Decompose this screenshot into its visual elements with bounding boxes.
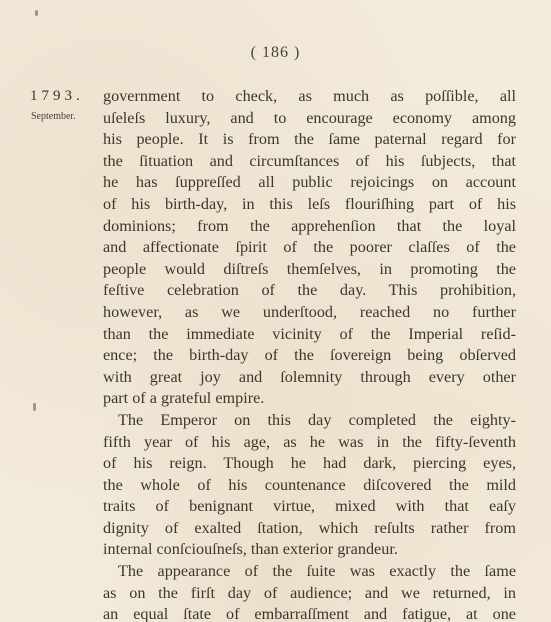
text-line: his people. It is from the ſame paternal… <box>103 129 516 151</box>
text-line: as on the firſt day of audience; and we … <box>103 583 516 605</box>
text-line: fifth year of his age, as he was in the … <box>103 432 516 454</box>
text-line: feſtive celebration of the day. This pro… <box>103 280 516 302</box>
text-line: dominions; from the apprehenſion that th… <box>103 216 516 238</box>
text-line: The appearance of the ſuite was exactly … <box>103 561 516 583</box>
text-line: of his reign. Though he had dark, pierci… <box>103 453 516 475</box>
body-text: government to check, as much as poſſible… <box>103 86 516 622</box>
text-line: The Emperor on this day completed the ei… <box>103 410 516 432</box>
margin-note-year: 1793. <box>30 88 84 105</box>
text-line: an equal ſtate of embarraſſment and fati… <box>103 604 516 622</box>
text-line: dignity of exalted ſtation, which reſult… <box>103 518 516 540</box>
page-number: ( 186 ) <box>0 44 551 62</box>
text-line: internal conſciouſneſs, than exterior gr… <box>103 539 516 561</box>
text-line: the whole of his countenance diſcovered … <box>103 475 516 497</box>
text-line: however, as we underſtood, reached no fu… <box>103 302 516 324</box>
text-line: part of a grateful empire. <box>103 388 516 410</box>
text-line: uſeleſs luxury, and to encourage economy… <box>103 108 516 130</box>
text-line: people would diſtreſs themſelves, in pro… <box>103 259 516 281</box>
text-line: traits of benignant virtue, mixed with t… <box>103 496 516 518</box>
text-line: the ſituation and circumſtances of his ſ… <box>103 151 516 173</box>
margin-note-month: September. <box>31 111 76 122</box>
paper-speck <box>35 10 38 16</box>
paper-speck <box>33 403 36 411</box>
text-line: he has ſuppreſſed all public rejoicings … <box>103 172 516 194</box>
text-line: ence; the birth-day of the ſovereign bei… <box>103 345 516 367</box>
text-line: with great joy and ſolemnity through eve… <box>103 367 516 389</box>
text-line: government to check, as much as poſſible… <box>103 86 516 108</box>
text-line: of his birth-day, in this leſs flouriſhi… <box>103 194 516 216</box>
text-line: than the immediate vicinity of the Imper… <box>103 324 516 346</box>
text-line: and affectionate ſpirit of the poorer cl… <box>103 237 516 259</box>
